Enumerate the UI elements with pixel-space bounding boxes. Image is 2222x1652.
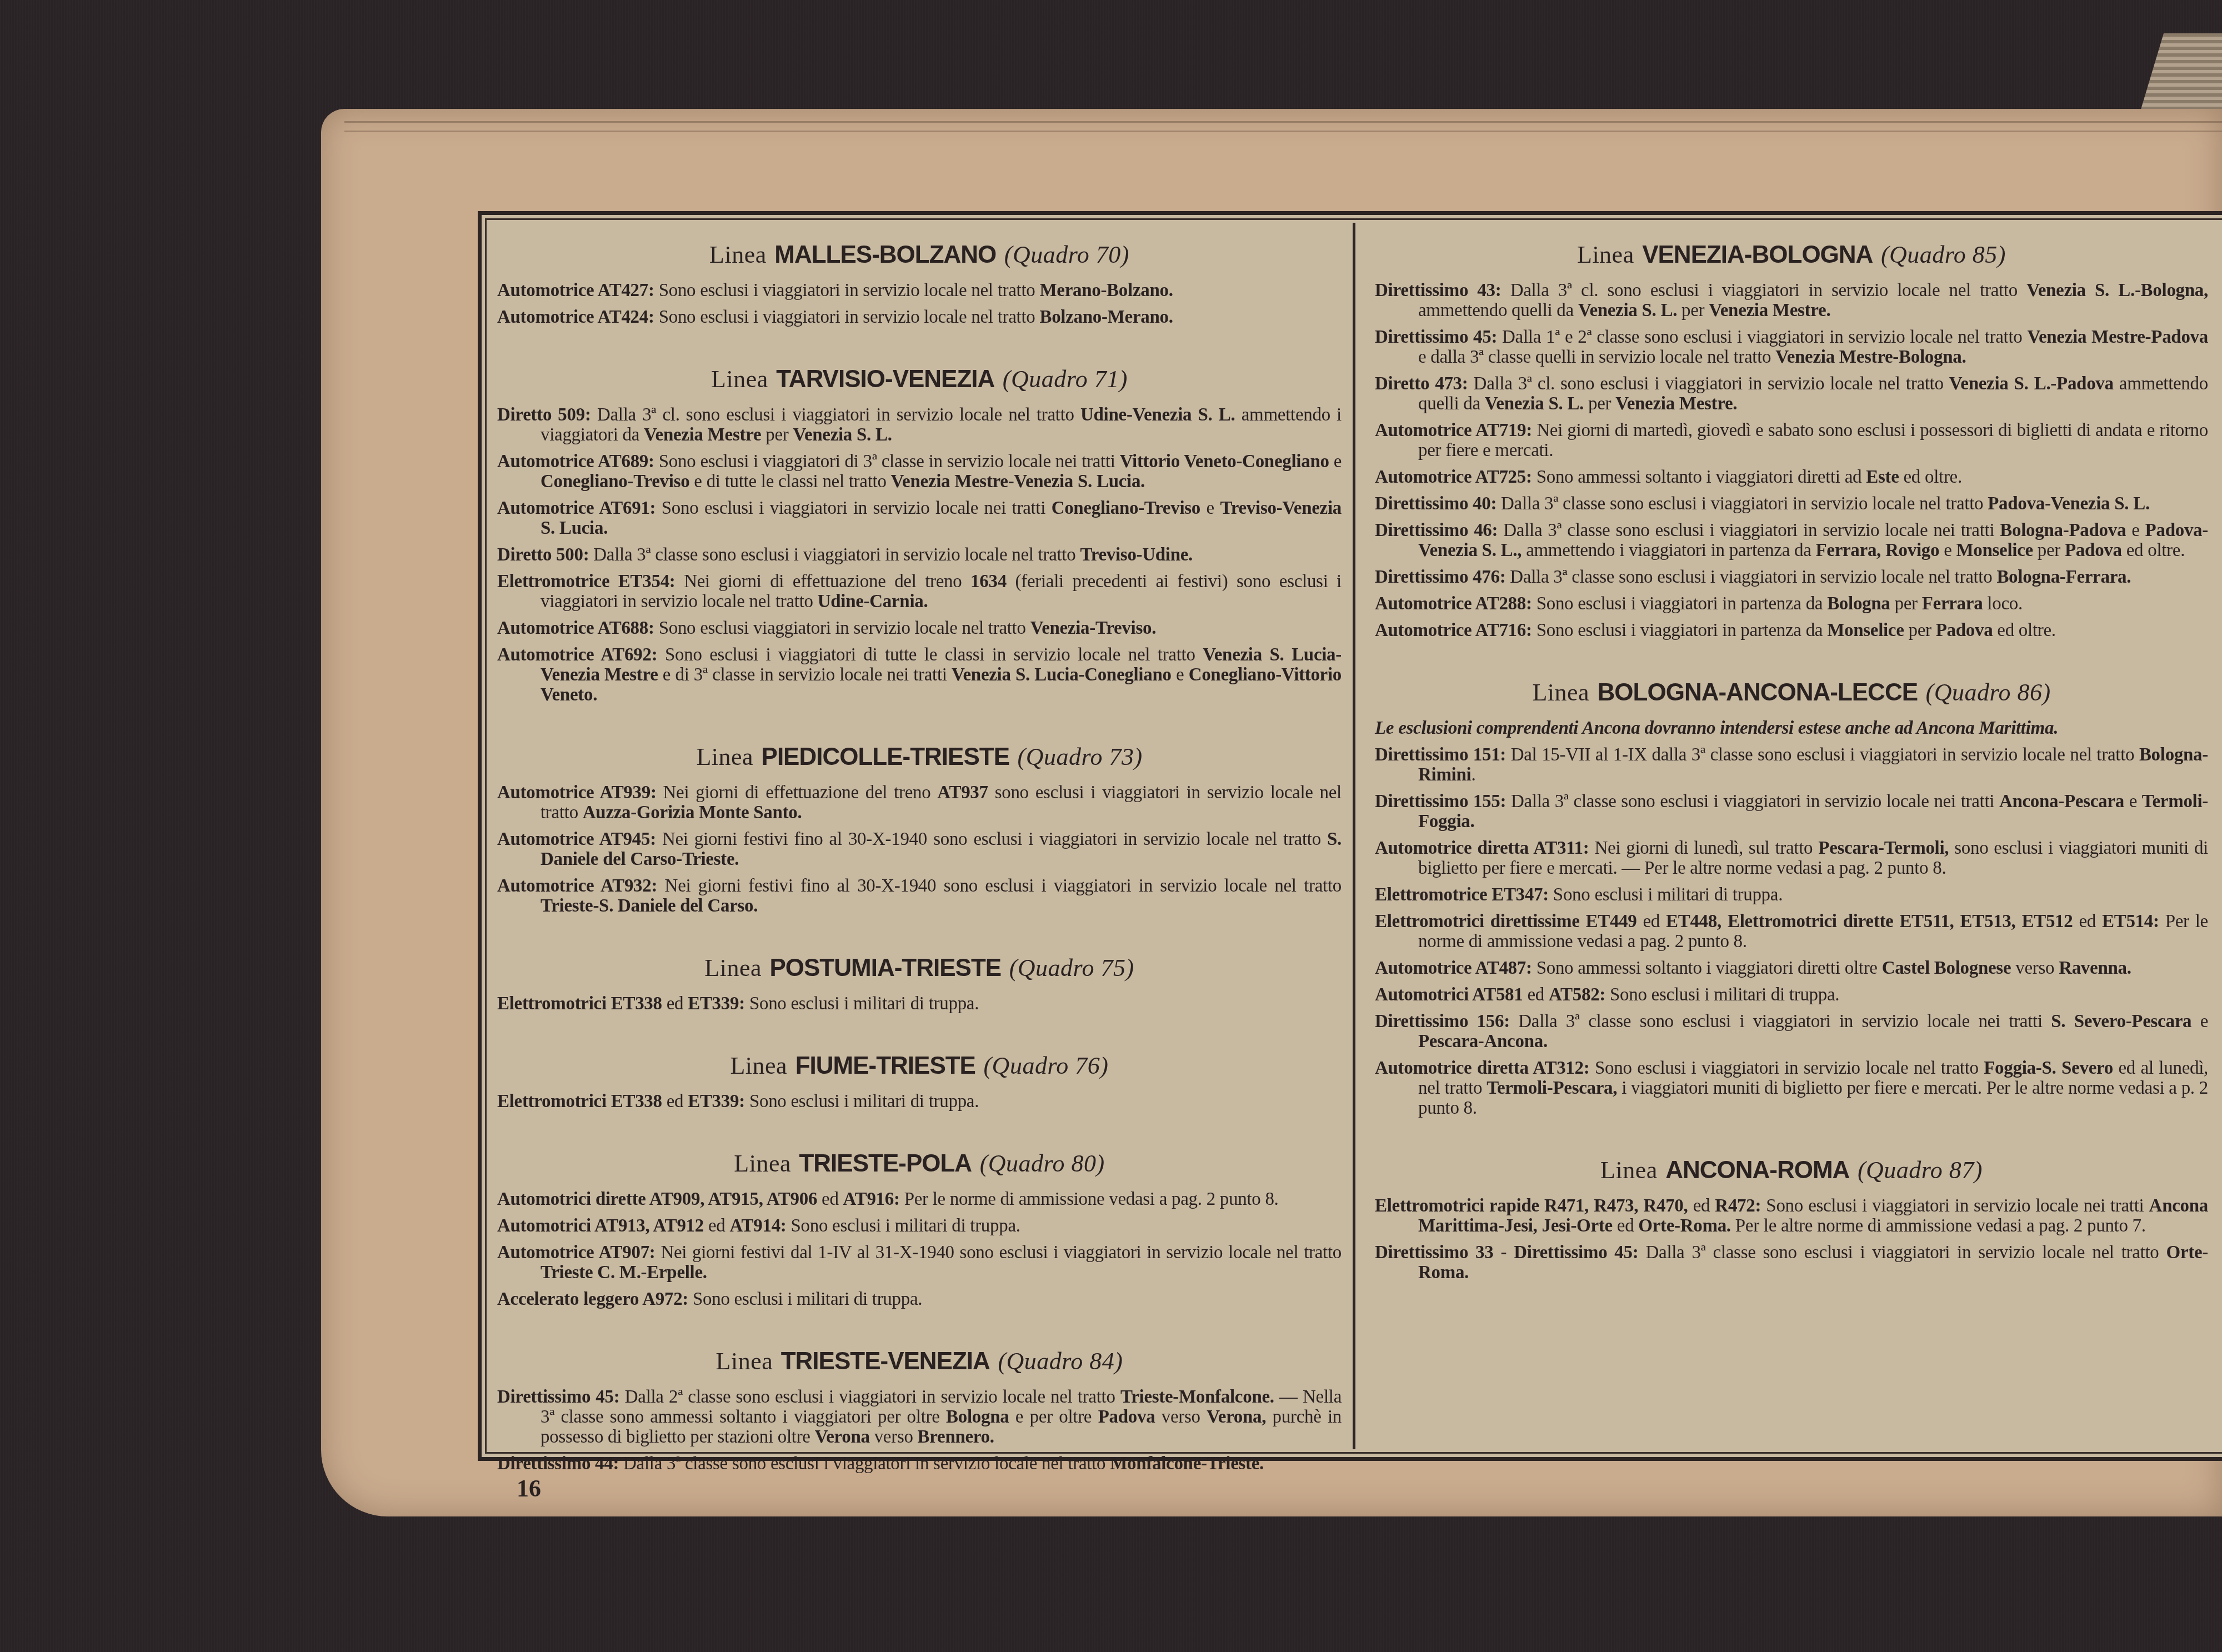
entry-text-run: ammettendo i viaggiatori in partenza da (1522, 540, 1815, 560)
entry-text-run: Nei giorni di effettuazione del treno (684, 572, 970, 592)
section-line-name: MALLES-BOLZANO (774, 241, 996, 268)
exclusion-entry: Automotrice AT719: Nei giorni di martedì… (1375, 420, 2208, 460)
exclusion-entry: Direttissimo 40: Dalla 3ª classe sono es… (1375, 494, 2208, 514)
section-linea-label: Linea (730, 1052, 787, 1079)
entry-bold-run: Automotrici AT581 (1375, 985, 1523, 1005)
entry-text-run: ed (662, 994, 688, 1014)
exclusion-entry: Le esclusioni comprendenti Ancona dovran… (1375, 718, 2208, 738)
section-linea-label: Linea (734, 1150, 791, 1177)
section-gap (1375, 647, 2208, 669)
entry-bold-run: Automotrice AT945: (497, 829, 662, 849)
entry-text-run: e dalla 3ª classe quelli in servizio loc… (1418, 347, 1775, 367)
section-title: Linea FIUME-TRIESTE (Quadro 76) (497, 1050, 1342, 1082)
entry-bold-run: Venezia S. L.-Bologna, (2026, 281, 2208, 301)
entry-bold-run: Direttissimo 46: (1375, 520, 1503, 540)
entry-text-run: Sono esclusi i viaggiatori in servizio l… (659, 307, 1040, 327)
entry-text-run: Dalla 3ª cl. sono esclusi i viaggiatori … (1474, 374, 1949, 394)
exclusion-entry: Elettromotrici direttissime ET449 ed ET4… (1375, 912, 2208, 952)
entry-text-run: Nei giorni di lunedì, sul tratto (1594, 838, 1818, 858)
entry-bold-run: Venezia Mestre (644, 425, 761, 445)
entry-bold-run: Ancona-Pescara (1999, 792, 2124, 812)
entry-text-run: Nei giorni di effettuazione del treno (663, 783, 938, 803)
entry-bold-run: Conegliano-Treviso (1052, 498, 1200, 518)
entry-bold-run: S. Severo-Pescara (2051, 1012, 2191, 1032)
entry-text-run: Sono esclusi i militari di truppa. (1610, 985, 1839, 1005)
section-quadro-ref: (Quadro 70) (1004, 241, 1129, 268)
exclusion-entry: Diretto 509: Dalla 3ª cl. sono esclusi i… (497, 405, 1342, 445)
entry-text-run: e (2126, 520, 2145, 540)
exclusion-entry: Elettromotrici ET338 ed ET339: Sono escl… (497, 994, 1342, 1014)
entry-bold-run: Padova-Venezia S. L. (1988, 494, 2150, 514)
entry-bold-run: Automotrice AT932: (497, 876, 665, 896)
entry-bold-run: Merano-Bolzano. (1039, 281, 1173, 301)
entry-text-run: ed (1523, 985, 1549, 1005)
exclusion-entry: Automotrice diretta AT311: Nei giorni di… (1375, 838, 2208, 878)
exclusion-entry: Direttissimo 155: Dalla 3ª classe sono e… (1375, 792, 2208, 832)
section-linea-label: Linea (696, 743, 753, 770)
entry-text-run: Nei giorni festivi dal 1-IV al 31-X-1940… (660, 1243, 1342, 1263)
right-column: Linea VENEZIA-BOLOGNA (Quadro 85)Diretti… (1375, 232, 2208, 1311)
section-gap (497, 1316, 1342, 1338)
entry-text-run: verso (1155, 1407, 1207, 1427)
section-title: Linea ANCONA-ROMA (Quadro 87) (1375, 1155, 2208, 1186)
exclusion-entry: Automotrici AT581 ed AT582: Sono esclusi… (1375, 985, 2208, 1005)
exclusion-entry: Automotrice AT487: Sono ammessi soltanto… (1375, 958, 2208, 978)
entry-bold-run: Venezia S. L. (1578, 301, 1677, 321)
exclusion-entry: Automotrici AT913, AT912 ed AT914: Sono … (497, 1216, 1342, 1236)
section-linea-label: Linea (1600, 1157, 1658, 1184)
entry-text-run: ed (704, 1216, 729, 1236)
exclusion-entry: Direttissimo 46: Dalla 3ª classe sono es… (1375, 520, 2208, 560)
entry-bold-run: Venezia Mestre. (1615, 394, 1737, 414)
section-gap (497, 334, 1342, 356)
entry-bold-run: Padova (1098, 1407, 1155, 1427)
entry-text-run: e (2124, 792, 2142, 812)
section-gap (497, 1118, 1342, 1140)
entry-bold-run: Diretto 473: (1375, 374, 1474, 394)
entry-bold-run: Venezia S. L. (1485, 394, 1584, 414)
entry-text-run: Dalla 3ª classe sono esclusi i viaggiato… (1518, 1012, 2051, 1032)
entry-bold-run: Automotrice AT487: (1375, 958, 1537, 978)
entry-text-run: Dalla 3ª classe sono esclusi i viaggiato… (1511, 792, 1999, 812)
entry-bold-run: Elettromotrici rapide R471, R473, R470, (1375, 1196, 1688, 1216)
section-line-name: PIEDICOLLE-TRIESTE (762, 743, 1009, 770)
entry-text-run: Dalla 3ª cl. sono esclusi i viaggiatori … (597, 405, 1080, 425)
entry-bold-run: Padova (2065, 540, 2122, 560)
entry-bold-run: Ravenna. (2059, 958, 2131, 978)
section-quadro-ref: (Quadro 80) (980, 1150, 1105, 1177)
section-title: Linea POSTUMIA-TRIESTE (Quadro 75) (497, 953, 1342, 984)
entry-text-run: Sono esclusi i viaggiatori in servizio l… (662, 498, 1052, 518)
entry-text-run: Sono esclusi i viaggiatori in servizio l… (659, 281, 1040, 301)
section-line-name: ANCONA-ROMA (1665, 1157, 1849, 1184)
entry-bold-run: Castel Bolognese (1882, 958, 2011, 978)
entry-bold-run: Monselice (1827, 620, 1904, 640)
exclusion-entry: Direttissimo 151: Dal 15-VII al 1-IX dal… (1375, 745, 2208, 785)
entry-bold-run: Automotrici dirette AT909, AT915, AT906 (497, 1189, 817, 1209)
entry-bold-run: Direttissimo 40: (1375, 494, 1501, 514)
entry-text-run: ed (1613, 1216, 1638, 1236)
entry-bold-run: Automotrice AT424: (497, 307, 659, 327)
section-quadro-ref: (Quadro 85) (1881, 241, 2006, 268)
entry-text-run: Dalla 3ª classe sono esclusi i viaggiato… (1501, 494, 1988, 514)
entry-bold-run: Automotrice AT427: (497, 281, 659, 301)
entry-text-run: ed (1637, 912, 1666, 932)
entry-text-run: Sono esclusi i viaggiatori di tutte le c… (665, 645, 1203, 665)
entry-bold-run: Bolzano-Merano. (1039, 307, 1173, 327)
section-line-name: TRIESTE-POLA (799, 1150, 972, 1177)
entry-text-run: Sono esclusi viaggiatori in servizio loc… (659, 618, 1030, 638)
entry-bold-run: Elettromotrici direttissime ET449 (1375, 912, 1637, 932)
entry-text-run: ed oltre. (2122, 540, 2185, 560)
section-quadro-ref: (Quadro 84) (998, 1348, 1123, 1375)
exclusion-entry: Direttissimo 44: Dalla 3ª classe sono es… (497, 1454, 1342, 1474)
entry-bold-run: Bologna (946, 1407, 1009, 1427)
entry-bold-run: ET339: (688, 994, 749, 1014)
section-title: Linea MALLES-BOLZANO (Quadro 70) (497, 239, 1342, 271)
entry-text-run: per (1677, 301, 1709, 321)
exclusion-entry: Automotrice AT939: Nei giorni di effettu… (497, 783, 1342, 823)
entry-text-run: per (1904, 620, 1936, 640)
content-frame: Linea MALLES-BOLZANO (Quadro 70)Automotr… (478, 211, 2222, 1461)
entry-bold-run: Automotrice AT725: (1375, 467, 1537, 487)
section-quadro-ref: (Quadro 71) (1003, 366, 1128, 393)
entry-text-run: e (1200, 498, 1220, 518)
entry-text-run: per (1584, 394, 1615, 414)
entry-text-run: Dalla 3ª classe sono esclusi i viaggiato… (593, 545, 1080, 565)
entry-bold-run: Direttissimo 43: (1375, 281, 1510, 301)
entry-bold-run: Direttissimo 155: (1375, 792, 1511, 812)
entry-bold-run: Foggia-S. Severo (1984, 1058, 2113, 1078)
entry-bold-run: Automotrici AT913, AT912 (497, 1216, 704, 1236)
entry-bold-run: Udine-Carnia. (818, 592, 928, 612)
entry-bold-run: Venezia S. Lucia-Conegliano (952, 665, 1172, 685)
entry-bold-run: Elettromotrice ET354: (497, 572, 684, 592)
entry-text-run: e di tutte le classi nel tratto (689, 472, 890, 492)
entry-bold-run: Trieste-S. Daniele del Carso. (541, 896, 758, 916)
exclusion-entry: Elettromotrice ET347: Sono esclusi i mil… (1375, 885, 2208, 905)
entry-bold-run: Automotrice AT288: (1375, 594, 1537, 614)
entry-bold-run: Trieste C. M.-Erpelle. (541, 1263, 707, 1283)
exclusion-entry: Direttissimo 156: Dalla 3ª classe sono e… (1375, 1012, 2208, 1052)
exclusion-entry: Automotrice AT688: Sono esclusi viaggiat… (497, 618, 1342, 638)
exclusion-entry: Diretto 500: Dalla 3ª classe sono esclus… (497, 545, 1342, 565)
left-column: Linea MALLES-BOLZANO (Quadro 70)Automotr… (497, 232, 1342, 1503)
entry-text-run: Dalla 2ª classe sono esclusi i viaggiato… (625, 1387, 1120, 1407)
entry-text-run: verso (2011, 958, 2059, 978)
entry-bold-run: Venezia Mestre-Venezia S. Lucia. (891, 472, 1145, 492)
entry-bold-run: Direttissimo 476: (1375, 567, 1510, 587)
entry-bold-run: Bologna-Padova (2000, 520, 2126, 540)
entry-text-run: e (2191, 1012, 2208, 1032)
entry-text-run: Sono esclusi i militari di truppa. (749, 1092, 979, 1112)
entry-bold-run: ET448, Elettromotrici dirette ET511, ET5… (1666, 912, 2073, 932)
entry-text-run: Dalla 1ª e 2ª classe sono esclusi i viag… (1502, 327, 2027, 347)
section-gap (497, 712, 1342, 734)
entry-bold-run: AT937 (937, 783, 988, 803)
section-title: Linea BOLOGNA-ANCONA-LECCE (Quadro 86) (1375, 677, 2208, 708)
entry-bold-run: Venezia Mestre-Bologna. (1775, 347, 1966, 367)
section-quadro-ref: (Quadro 87) (1858, 1157, 1983, 1184)
entry-bold-run: Venezia-Treviso. (1030, 618, 1156, 638)
entry-bold-run: Conegliano-Treviso (541, 472, 689, 492)
entry-text-run: ed (1688, 1196, 1715, 1216)
exclusion-entry: Direttissimo 476: Dalla 3ª classe sono e… (1375, 567, 2208, 587)
exclusion-entry: Automotrice AT427: Sono esclusi i viaggi… (497, 281, 1342, 301)
entry-italic-run: Le esclusioni comprendenti Ancona dovran… (1375, 718, 2058, 738)
exclusion-entry: Elettromotrici rapide R471, R473, R470, … (1375, 1196, 2208, 1236)
entry-bold-run: Trieste-Monfalcone. (1120, 1387, 1274, 1407)
column-divider (1353, 223, 1355, 1449)
exclusion-entry: Automotrice diretta AT312: Sono esclusi … (1375, 1058, 2208, 1118)
entry-bold-run: Automotrice AT689: (497, 452, 659, 472)
section-linea-label: Linea (711, 366, 768, 393)
exclusion-entry: Automotrice AT945: Nei giorni festivi fi… (497, 829, 1342, 869)
entry-text-run: e (1329, 452, 1342, 472)
entry-text-run: ed (2073, 912, 2103, 932)
entry-text-run: ed oltre. (1993, 620, 2055, 640)
entry-text-run: ed (662, 1092, 688, 1112)
section-line-name: TRIESTE-VENEZIA (781, 1348, 990, 1375)
section-linea-label: Linea (709, 241, 767, 268)
entry-bold-run: Orte-Roma. (1638, 1216, 1731, 1236)
entry-text-run: e (1172, 665, 1189, 685)
entry-bold-run: Pescara-Ancona. (1418, 1032, 1548, 1052)
section-gap (497, 923, 1342, 945)
entry-bold-run: Automotrice diretta AT312: (1375, 1058, 1595, 1078)
entry-bold-run: Brennero. (918, 1427, 994, 1447)
entry-bold-run: ET514: (2102, 912, 2165, 932)
exclusion-entry: Elettromotrice ET354: Nei giorni di effe… (497, 572, 1342, 612)
entry-bold-run: Bologna (1827, 594, 1890, 614)
entry-text-run: Sono esclusi i militari di truppa. (790, 1216, 1020, 1236)
entry-text-run: Dalla 3ª classe sono esclusi i viaggiato… (1503, 520, 2000, 540)
entry-bold-run: Accelerato leggero A972: (497, 1289, 693, 1309)
exclusion-entry: Automotrice AT725: Sono ammessi soltanto… (1375, 467, 2208, 487)
entry-bold-run: Venezia S. L. (793, 425, 892, 445)
section-linea-label: Linea (1532, 679, 1589, 706)
entry-text-run: per (1890, 594, 1922, 614)
entry-bold-run: Udine-Venezia S. L. (1080, 405, 1235, 425)
section-gap (1375, 1289, 2208, 1311)
page-number: 16 (517, 1474, 541, 1503)
section-line-name: TARVISIO-VENEZIA (776, 366, 994, 393)
entry-bold-run: Direttissimo 156: (1375, 1012, 1518, 1032)
exclusion-entry: Accelerato leggero A972: Sono esclusi i … (497, 1289, 1342, 1309)
entry-text-run: loco. (1983, 594, 2023, 614)
entry-text-run: ed (817, 1189, 843, 1209)
entry-bold-run: Termoli-Pescara, (1487, 1078, 1617, 1098)
entry-text-run: Sono esclusi i viaggiatori in servizio l… (1595, 1058, 1984, 1078)
entry-bold-run: Venezia Mestre-Padova (2027, 327, 2208, 347)
section-line-name: BOLOGNA-ANCONA-LECCE (1598, 679, 1918, 706)
entry-text-run: Sono esclusi i viaggiatori di 3ª classe … (659, 452, 1120, 472)
section-quadro-ref: (Quadro 75) (1009, 954, 1134, 982)
entry-bold-run: Este (1866, 467, 1899, 487)
exclusion-entry: Automotrice AT691: Sono esclusi i viaggi… (497, 498, 1342, 538)
entry-text-run: Per le altre norme di ammissione vedasi … (1731, 1216, 2146, 1236)
entry-text-run: per (2033, 540, 2065, 560)
entry-text-run: e (1939, 540, 1956, 560)
entry-bold-run: Automotrice AT719: (1375, 420, 1537, 440)
section-gap (497, 1480, 1342, 1503)
exclusion-entry: Direttissimo 43: Dalla 3ª cl. sono esclu… (1375, 281, 2208, 321)
entry-text-run: Sono ammessi soltanto i viaggiatori dire… (1537, 958, 1882, 978)
entry-text-run: Dal 15-VII al 1-IX dalla 3ª classe sono … (1511, 745, 2139, 765)
entry-bold-run: Elettromotrici ET338 (497, 994, 662, 1014)
section-title: Linea PIEDICOLLE-TRIESTE (Quadro 73) (497, 742, 1342, 773)
entry-bold-run: Verona, (1207, 1407, 1266, 1427)
entry-text-run: Sono esclusi i militari di truppa. (749, 994, 979, 1014)
entry-bold-run: Automotrice AT939: (497, 783, 663, 803)
exclusion-entry: Automotrice AT689: Sono esclusi i viaggi… (497, 452, 1342, 492)
section-quadro-ref: (Quadro 76) (983, 1052, 1108, 1079)
section-quadro-ref: (Quadro 86) (1926, 679, 2051, 706)
entry-bold-run: Direttissimo 44: (497, 1454, 623, 1474)
entry-bold-run: Automotrice AT716: (1375, 620, 1537, 640)
entry-bold-run: Monfalcone-Trieste. (1110, 1454, 1264, 1474)
page-stack-lines (344, 121, 2222, 132)
entry-text-run: e per oltre (1009, 1407, 1098, 1427)
entry-bold-run: AT914: (729, 1216, 790, 1236)
exclusion-entry: Automotrice AT288: Sono esclusi i viaggi… (1375, 594, 2208, 614)
entry-bold-run: Direttissimo 33 - Direttissimo 45: (1375, 1243, 1646, 1263)
exclusion-entry: Elettromotrici ET338 ed ET339: Sono escl… (497, 1092, 1342, 1112)
exclusion-entry: Automotrice AT716: Sono esclusi i viaggi… (1375, 620, 2208, 640)
entry-bold-run: Verona (815, 1427, 870, 1447)
entry-bold-run: ET339: (688, 1092, 749, 1112)
section-quadro-ref: (Quadro 73) (1018, 743, 1143, 770)
entry-bold-run: Direttissimo 151: (1375, 745, 1511, 765)
entry-text-run: Dalla 3ª cl. sono esclusi i viaggiatori … (1510, 281, 2027, 301)
entry-bold-run: Bologna-Ferrara. (1996, 567, 2131, 587)
entry-bold-run: Treviso-Udine. (1080, 545, 1193, 565)
exclusion-entry: Automotrici dirette AT909, AT915, AT906 … (497, 1189, 1342, 1209)
section-gap (1375, 1125, 2208, 1147)
entry-bold-run: AT582: (1549, 985, 1610, 1005)
section-linea-label: Linea (1577, 241, 1634, 268)
exclusion-entry: Direttissimo 45: Dalla 2ª classe sono es… (497, 1387, 1342, 1447)
section-title: Linea TARVISIO-VENEZIA (Quadro 71) (497, 364, 1342, 395)
entry-text-run: Per le norme di ammissione vedasi a pag.… (904, 1189, 1279, 1209)
entry-bold-run: Automotrice diretta AT311: (1375, 838, 1594, 858)
entry-bold-run: 1634 (970, 572, 1007, 592)
entry-text-run: . (1471, 765, 1475, 785)
entry-bold-run: R472: (1715, 1196, 1766, 1216)
section-linea-label: Linea (716, 1348, 773, 1375)
entry-text-run: verso (870, 1427, 918, 1447)
exclusion-entry: Direttissimo 45: Dalla 1ª e 2ª classe so… (1375, 327, 2208, 367)
entry-bold-run: Ferrara, Rovigo (1815, 540, 1939, 560)
entry-text-run: Nei giorni di martedì, giovedì e sabato … (1418, 420, 2208, 460)
entry-bold-run: Pescara-Termoli, (1818, 838, 1949, 858)
entry-text-run: e di 3ª classe in servizio locale nei tr… (658, 665, 952, 685)
entry-bold-run: Vittorio Veneto-Conegliano (1120, 452, 1329, 472)
entry-bold-run: Diretto 500: (497, 545, 593, 565)
entry-text-run: Sono esclusi i viaggiatori in servizio l… (1766, 1196, 2149, 1216)
section-line-name: FIUME-TRIESTE (795, 1052, 975, 1079)
entry-bold-run: Elettromotrice ET347: (1375, 885, 1553, 905)
exclusion-entry: Automotrice AT692: Sono esclusi i viaggi… (497, 645, 1342, 705)
section-title: Linea TRIESTE-POLA (Quadro 80) (497, 1148, 1342, 1179)
entry-bold-run: Automotrice AT907: (497, 1243, 660, 1263)
entry-text-run: Dalla 3ª classe sono esclusi i viaggiato… (623, 1454, 1110, 1474)
entry-bold-run: Auzza-Gorizia Monte Santo. (583, 803, 802, 823)
exclusion-entry: Automotrice AT424: Sono esclusi i viaggi… (497, 307, 1342, 327)
entry-text-run: ammettendo quelli da (1418, 301, 1578, 321)
entry-bold-run: Diretto 509: (497, 405, 597, 425)
section-linea-label: Linea (704, 954, 762, 982)
entry-text-run: Nei giorni festivi fino al 30-X-1940 son… (662, 829, 1327, 849)
entry-text-run: Nei giorni festivi fino al 30-X-1940 son… (665, 876, 1342, 896)
entry-text-run: per (761, 425, 793, 445)
section-line-name: POSTUMIA-TRIESTE (769, 954, 1001, 982)
entry-text-run: Sono esclusi i viaggiatori in partenza d… (1537, 620, 1828, 640)
entry-text-run: Dalla 3ª classe sono esclusi i viaggiato… (1646, 1243, 2166, 1263)
entry-bold-run: Direttissimo 45: (1375, 327, 1502, 347)
section-title: Linea TRIESTE-VENEZIA (Quadro 84) (497, 1346, 1342, 1377)
entry-text-run: Sono esclusi i militari di truppa. (693, 1289, 922, 1309)
entry-bold-run: Padova (1936, 620, 1993, 640)
section-line-name: VENEZIA-BOLOGNA (1642, 241, 1873, 268)
entry-bold-run: AT916: (843, 1189, 904, 1209)
exclusion-entry: Diretto 473: Dalla 3ª cl. sono esclusi i… (1375, 374, 2208, 414)
entry-text-run: Sono ammessi soltanto i viaggiatori dire… (1537, 467, 1866, 487)
entry-bold-run: Venezia Mestre. (1709, 301, 1830, 321)
entry-text-run: ed oltre. (1899, 467, 1962, 487)
exclusion-entry: Automotrice AT907: Nei giorni festivi da… (497, 1243, 1342, 1283)
entry-bold-run: Direttissimo 45: (497, 1387, 625, 1407)
entry-text-run: Sono esclusi i militari di truppa. (1553, 885, 1783, 905)
entry-text-run: Sono esclusi i viaggiatori in partenza d… (1537, 594, 1828, 614)
entry-bold-run: Monselice (1956, 540, 2033, 560)
entry-text-run: Dalla 3ª classe sono esclusi i viaggiato… (1510, 567, 1996, 587)
exclusion-entry: Automotrice AT932: Nei giorni festivi fi… (497, 876, 1342, 916)
section-title: Linea VENEZIA-BOLOGNA (Quadro 85) (1375, 239, 2208, 271)
entry-bold-run: Automotrice AT688: (497, 618, 659, 638)
entry-bold-run: Venezia S. L.-Padova (1949, 374, 2114, 394)
entry-bold-run: Elettromotrici ET338 (497, 1092, 662, 1112)
entry-bold-run: Automotrice AT691: (497, 498, 662, 518)
section-gap (497, 1020, 1342, 1043)
entry-bold-run: Automotrice AT692: (497, 645, 665, 665)
entry-bold-run: Ferrara (1922, 594, 1983, 614)
exclusion-entry: Direttissimo 33 - Direttissimo 45: Dalla… (1375, 1243, 2208, 1283)
